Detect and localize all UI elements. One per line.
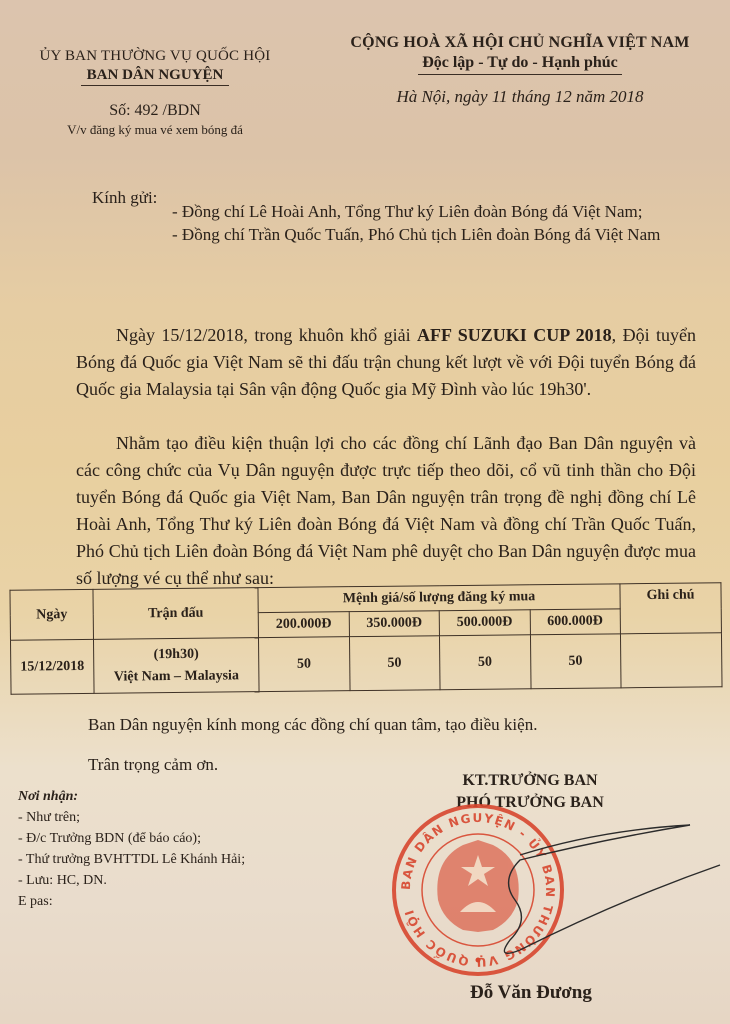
cell-quantity: 50: [439, 635, 530, 690]
header-date: Ngày: [10, 589, 94, 640]
department-name: BAN DÂN NGUYỆN: [81, 67, 230, 86]
distribution-item: - Như trên;: [18, 807, 245, 828]
match-teams: Việt Nam – Malaysia: [96, 668, 256, 686]
recipients-list: - Đồng chí Lê Hoài Anh, Tổng Thư ký Liên…: [172, 200, 692, 246]
cell-quantity: 50: [349, 636, 440, 691]
cell-match: (19h30) Việt Nam – Malaysia: [93, 638, 259, 694]
tournament-name: AFF SUZUKI CUP 2018: [417, 325, 612, 345]
distribution-item: E pas:: [18, 891, 245, 912]
cell-quantity: 50: [530, 634, 621, 689]
signer-name: Đỗ Văn Đương: [470, 982, 592, 1004]
header-match: Trận đấu: [93, 588, 259, 640]
ticket-table: Ngày Trận đấu Mệnh giá/số lượng đăng ký …: [9, 582, 722, 694]
document-subject: V/v đăng ký mua vé xem bóng đá: [0, 122, 310, 138]
nation-title: CỘNG HOÀ XÃ HỘI CHỦ NGHĨA VIỆT NAM: [310, 34, 730, 52]
distribution-item: - Thứ trưởng BVHTTDL Lê Khánh Hải;: [18, 849, 245, 870]
body-paragraph-1: Ngày 15/12/2018, trong khuôn khổ giải AF…: [76, 322, 696, 403]
distribution-item: - Lưu: HC, DN.: [18, 870, 245, 891]
issuer-header: ỦY BAN THƯỜNG VỤ QUỐC HỘI BAN DÂN NGUYỆN…: [0, 48, 310, 138]
cell-quantity: 50: [258, 637, 349, 692]
header-price: 350.000Đ: [349, 611, 440, 637]
organization-name: ỦY BAN THƯỜNG VỤ QUỐC HỘI: [0, 48, 310, 65]
match-time: (19h30): [96, 646, 256, 664]
distribution-list: Nơi nhận: - Như trên; - Đ/c Trưởng BDN (…: [18, 786, 245, 912]
header-price-group: Mệnh giá/số lượng đăng ký mua: [258, 584, 620, 613]
national-header: CỘNG HOÀ XÃ HỘI CHỦ NGHĨA VIỆT NAM Độc l…: [310, 34, 730, 107]
distribution-item: - Đ/c Trưởng BDN (để báo cáo);: [18, 828, 245, 849]
recipients-label: Kính gửi:: [92, 188, 157, 208]
on-behalf-label: KT.TRƯỞNG BAN: [430, 770, 630, 792]
header-price: 500.000Đ: [439, 610, 530, 636]
cell-date: 15/12/2018: [10, 639, 94, 694]
header-price: 200.000Đ: [258, 612, 349, 638]
document-number: Số: 492 /BDN: [0, 102, 310, 120]
closing-request: Ban Dân nguyện kính mong các đồng chí qu…: [88, 715, 537, 735]
recipient-item: - Đồng chí Trần Quốc Tuấn, Phó Chủ tịch …: [172, 223, 692, 246]
header-note: Ghi chú: [620, 583, 722, 634]
header-price: 600.000Đ: [530, 609, 621, 635]
place-date: Hà Nội, ngày 11 tháng 12 năm 2018: [310, 87, 730, 107]
recipient-item: - Đồng chí Lê Hoài Anh, Tổng Thư ký Liên…: [172, 200, 692, 223]
distribution-title: Nơi nhận:: [18, 786, 245, 807]
body-paragraph-2: Nhằm tạo điều kiện thuận lợi cho các đồn…: [76, 430, 696, 592]
para1-text: Ngày 15/12/2018, trong khuôn khổ giải: [116, 325, 417, 345]
table-row: 15/12/2018 (19h30) Việt Nam – Malaysia 5…: [10, 633, 722, 694]
national-motto: Độc lập - Tự do - Hạnh phúc: [418, 54, 622, 75]
cell-note: [620, 633, 722, 688]
closing-thanks: Trân trọng cảm ơn.: [88, 755, 218, 775]
signature-scribble-icon: [440, 820, 730, 970]
